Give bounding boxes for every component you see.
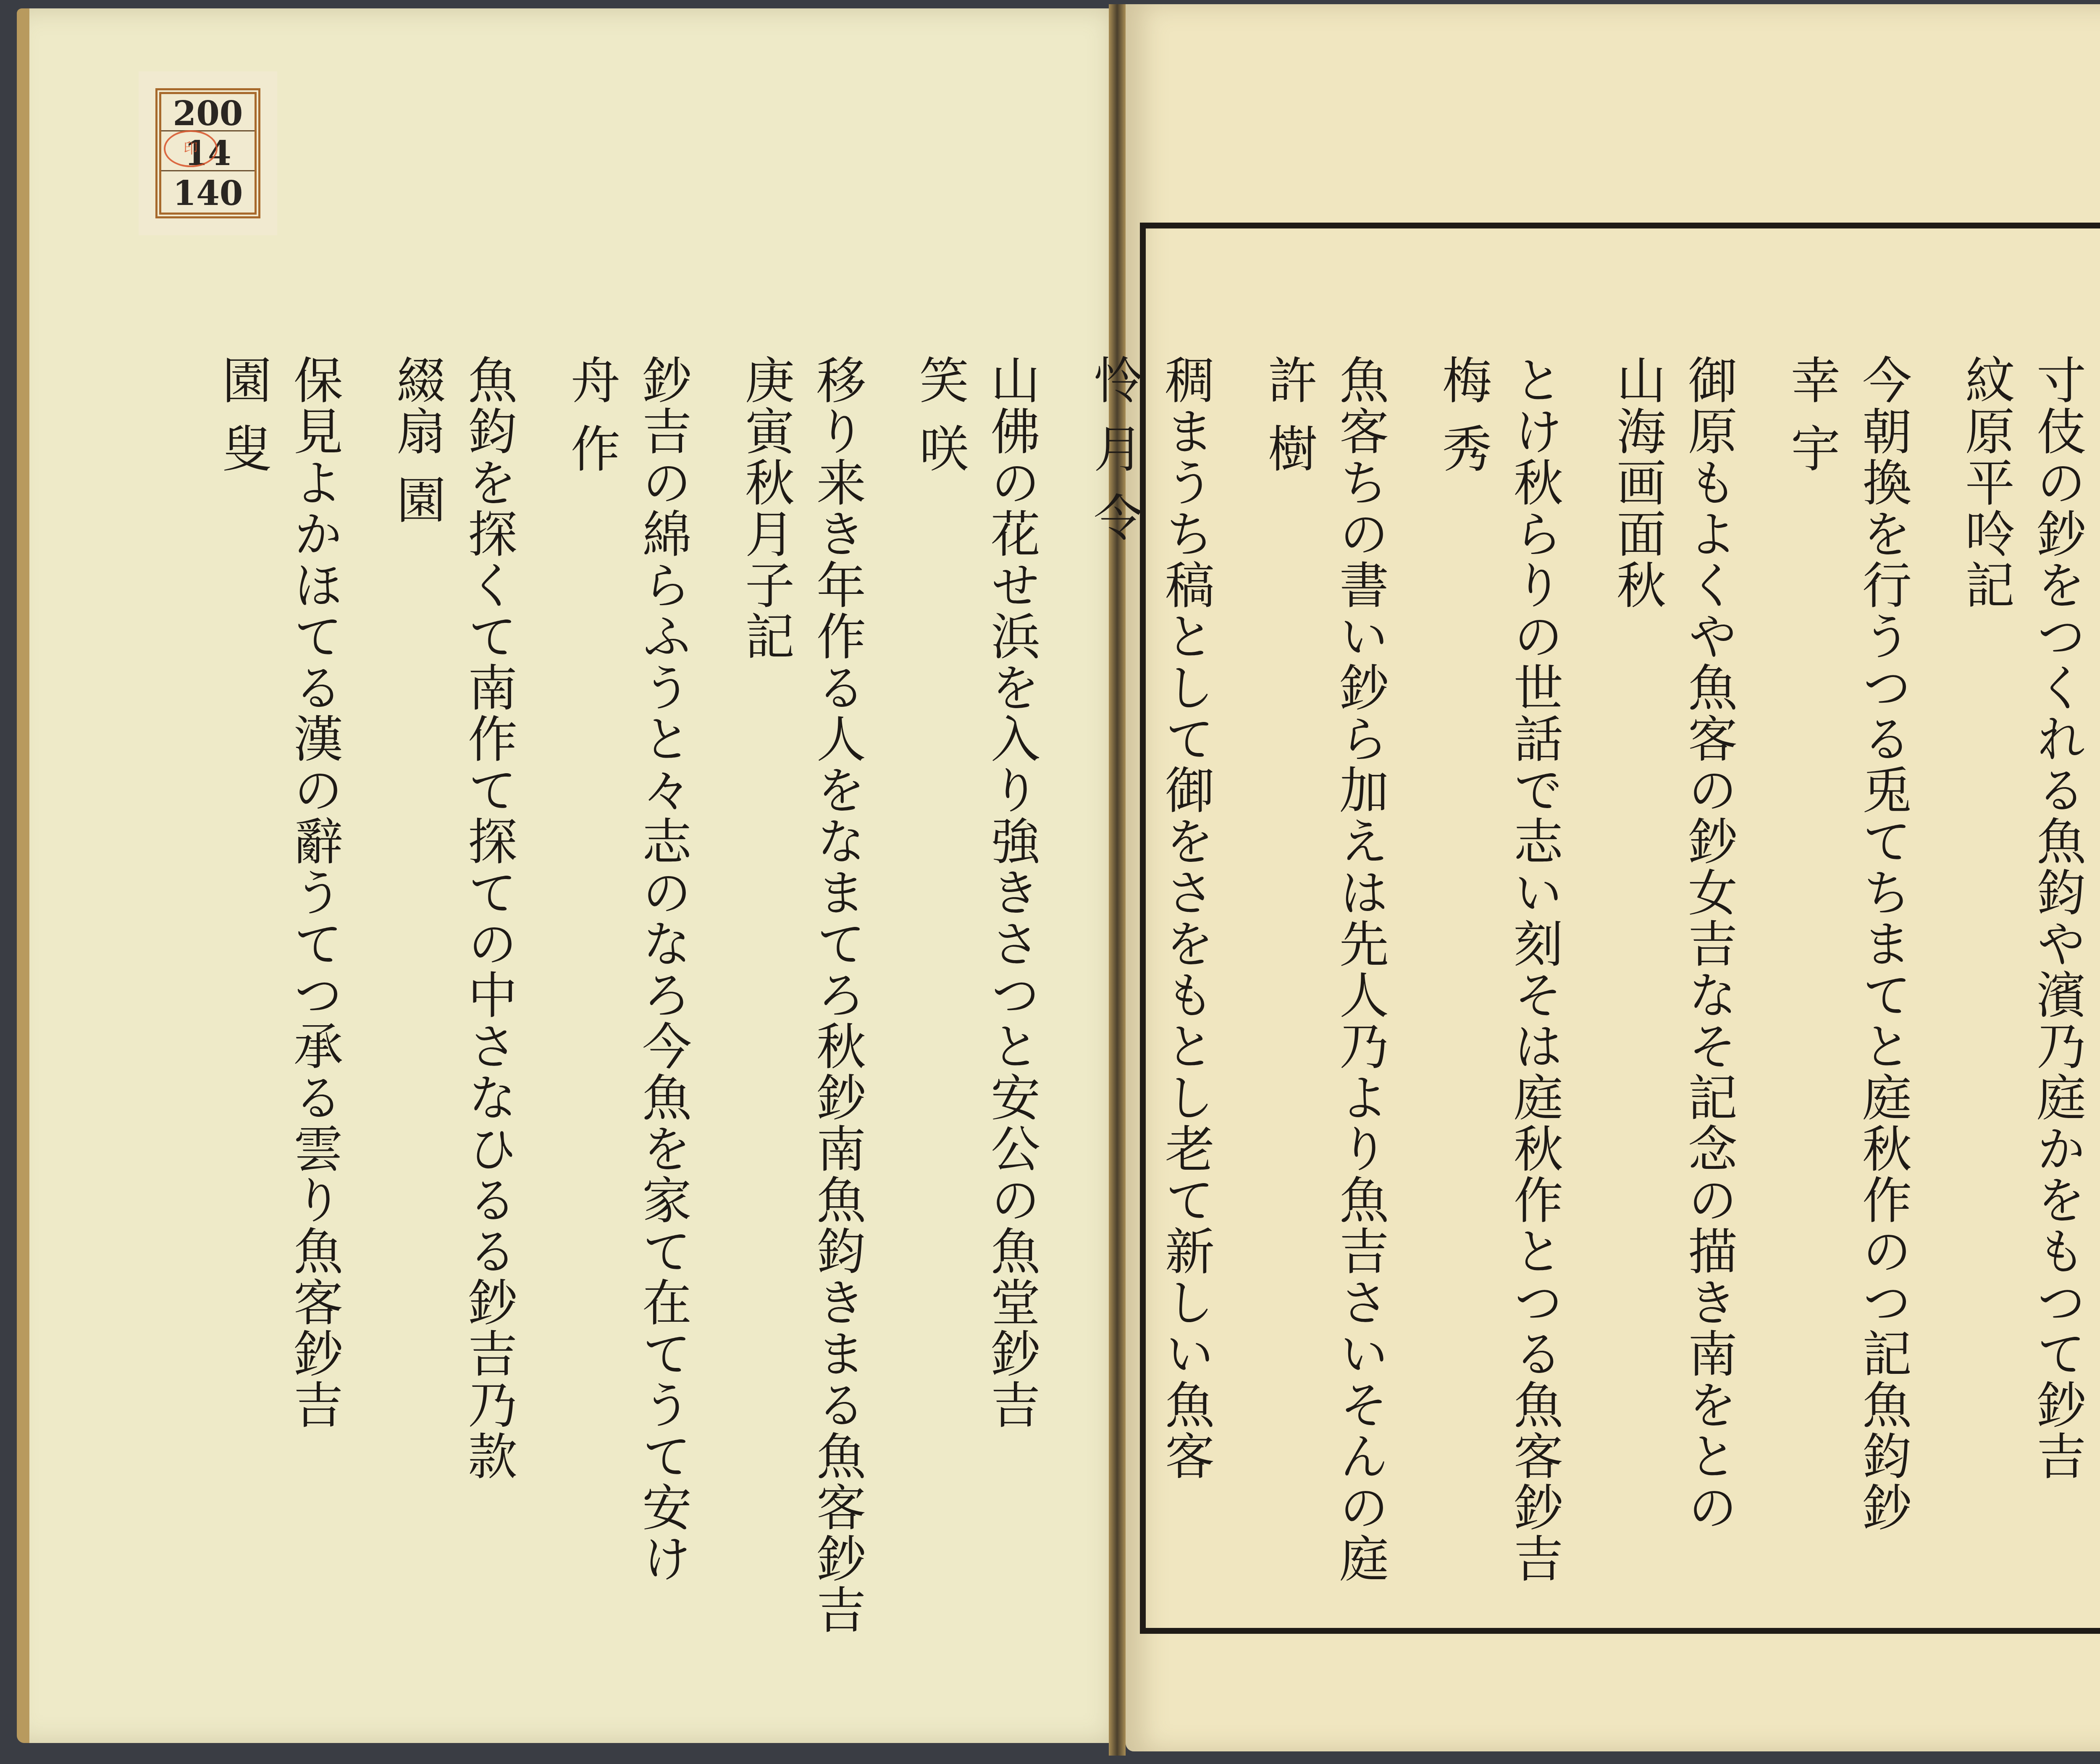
column-body: 稠まうち稿として御をさをもとし老て新しい魚客 (1150, 354, 1221, 1509)
text-columns: 寸伎の鈔をつくれる魚鈞や濱乃庭かをもつて鈔吉紋原平呤記 今朝換を行うつる兎てちま… (207, 354, 2093, 1509)
column-body: 今朝換を行うつる兎てちまてと庭秋作のつ記魚鈞鈔 (1847, 354, 1919, 1509)
column-author: 綴扇 園 (381, 354, 453, 1509)
label-number-bottom: 140 (161, 176, 255, 210)
book-photo: 200 14 140 印 寸伎の鈔をつくれる魚鈞や濱乃庭かをもつて鈔吉紋原平呤記… (0, 0, 2100, 1764)
column-body: 鈔吉の綿らふうと々志のなろ今魚を家て在てうて安け (627, 354, 698, 1509)
text-frame: 寸伎の鈔をつくれる魚鈞や濱乃庭かをもつて鈔吉紋原平呤記 今朝換を行うつる兎てちま… (1140, 223, 2100, 1634)
label-number-top: 200 (161, 97, 255, 131)
text-column: 山佛の花せ浜を入り強きさつと安公の魚堂鈔吉笑 咲 (904, 354, 1047, 1509)
text-column: 移り来き年作る人をなまてろ秋鈔南魚鈞きまる魚客鈔吉庚寅秋月子記 (730, 354, 873, 1509)
column-body: 御原もよくや魚客の鈔女吉なそ記念の描き南をとの (1673, 354, 1744, 1509)
red-seal-stamp: 印 (164, 130, 218, 167)
column-body: 保見よかほてる漢の辭うてつ承る雲り魚客鈔吉 (278, 354, 350, 1509)
column-body: 山佛の花せ浜を入り強きさつと安公の魚堂鈔吉 (976, 354, 1047, 1509)
text-column: 稠まうち稿として御をさをもとし老て新しい魚客怜 月 令 (1079, 354, 1221, 1509)
column-body: とけ秋らりの世話で志い刻そは庭秋作とつる魚客鈔吉 (1499, 354, 1570, 1509)
column-author: 怜 月 令 (1079, 354, 1150, 1509)
column-author: 山海画面秋 (1601, 354, 1673, 1509)
column-body: 移り来き年作る人をなまてろ秋鈔南魚鈞きまる魚客鈔吉 (801, 354, 873, 1509)
text-column: とけ秋らりの世話で志い刻そは庭秋作とつる魚客鈔吉梅 秀 (1427, 354, 1570, 1509)
text-column: 魚客ちの書い鈔ら加えは先人乃より魚吉さいそんの庭許 樹 (1253, 354, 1396, 1509)
column-author: 紋原平呤記 (1950, 354, 2021, 1509)
text-column: 魚鈞を探くて南作て探ての中さなひるる鈔吉乃款綴扇 園 (381, 354, 524, 1509)
text-column: 今朝換を行うつる兎てちまてと庭秋作のつ記魚鈞鈔幸 宇 (1776, 354, 1919, 1509)
column-author: 許 樹 (1253, 354, 1324, 1509)
text-column: 御原もよくや魚客の鈔女吉なそ記念の描き南をとの山海画面秋 (1601, 354, 1744, 1509)
column-author: 笑 咲 (904, 354, 976, 1509)
column-author: 幸 宇 (1776, 354, 1847, 1509)
column-body: 魚客ちの書い鈔ら加えは先人乃より魚吉さいそんの庭 (1324, 354, 1396, 1509)
text-column: 鈔吉の綿らふうと々志のなろ今魚を家て在てうて安け舟 作 (556, 354, 698, 1509)
text-column: 寸伎の鈔をつくれる魚鈞や濱乃庭かをもつて鈔吉紋原平呤記 (1950, 354, 2093, 1509)
column-author: 舟 作 (556, 354, 627, 1509)
column-body: 魚鈞を探くて南作て探ての中さなひるる鈔吉乃款 (453, 354, 524, 1509)
library-call-number-label: 200 14 140 印 (139, 71, 277, 235)
column-body: 寸伎の鈔をつくれる魚鈞や濱乃庭かをもつて鈔吉 (2021, 354, 2093, 1509)
column-author: 梅 秀 (1427, 354, 1499, 1509)
text-column: 保見よかほてる漢の辭うてつ承る雲り魚客鈔吉園 叟 (207, 354, 350, 1509)
column-author: 園 叟 (207, 354, 278, 1509)
column-author: 庚寅秋月子記 (730, 354, 801, 1509)
